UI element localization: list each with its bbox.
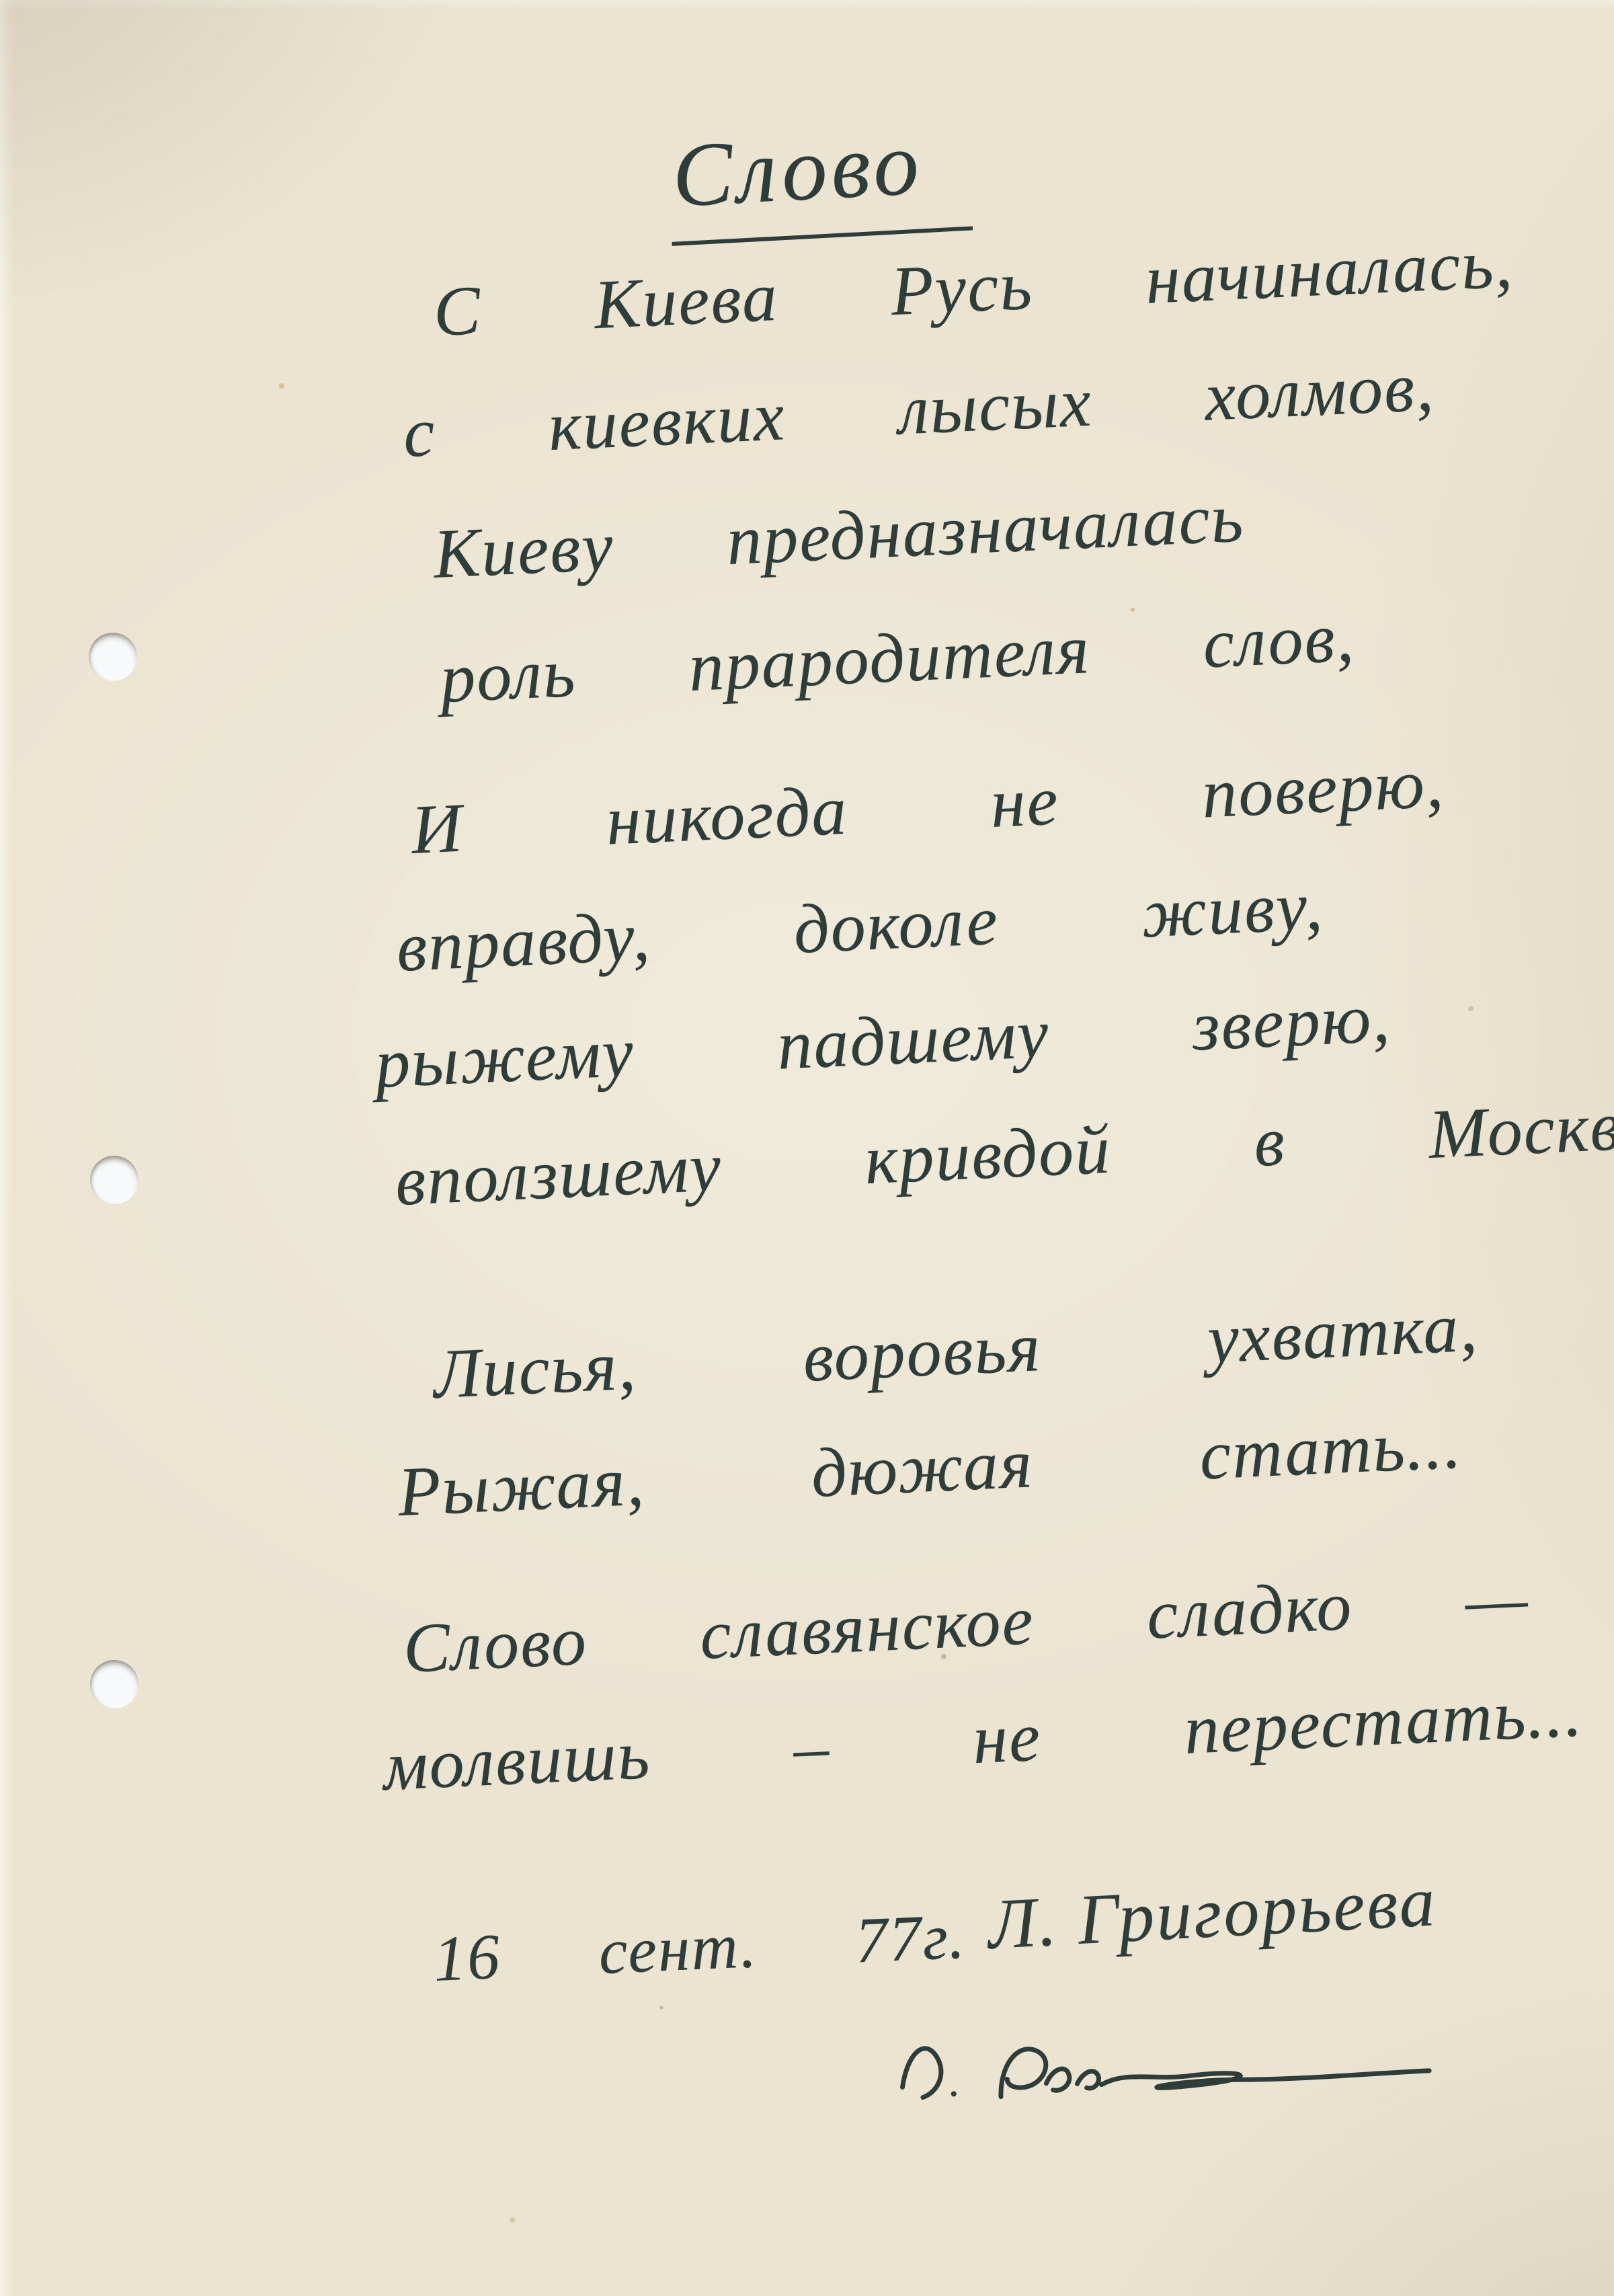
- signature-flourish: [886, 2006, 1453, 2128]
- punch-hole-middle: [90, 1156, 138, 1204]
- punch-hole-bottom: [90, 1660, 138, 1708]
- paper-speckles: [0, 0, 3, 3]
- poem-title: Слово: [665, 109, 973, 246]
- signature-autograph: [886, 2006, 1453, 2128]
- punch-hole-top: [89, 633, 137, 681]
